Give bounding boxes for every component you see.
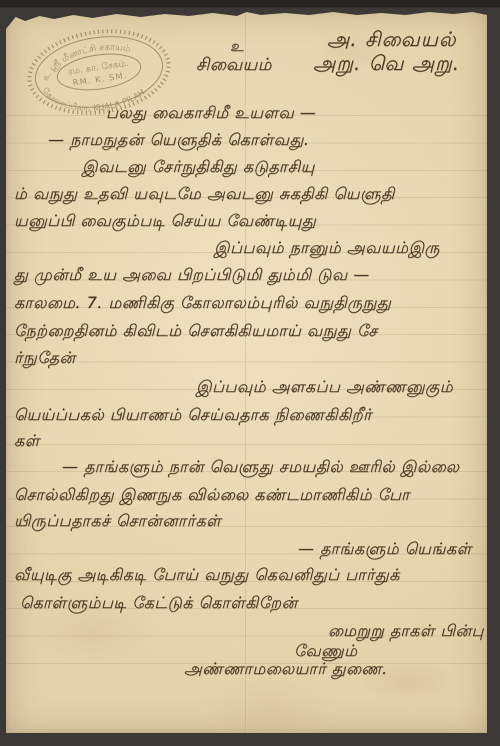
letter-line: காலமை. 7. மணிகிகு கோலாலம்புரில் வநுதிருந… (14, 295, 391, 311)
closing-line: வேணும் (294, 643, 358, 659)
scan-background-mat: { "colors": { "mat": "#3b3835", "paper":… (0, 0, 500, 746)
letter-line: இப்பவும் அளகப்ப அண்ணனுகும் (196, 379, 453, 395)
letter-line: — தாங்களும் நான் வெளுது சமயதில் ஊரில் இல… (62, 459, 460, 475)
letter-line: கள் (14, 433, 40, 449)
letter-line: யிருப்பதாகச் சொன்னார்கள் (14, 513, 221, 529)
addressee-line-1: அ. சிவையல் (327, 29, 456, 49)
letter-line: யெய்ப்பகல் பியாணம் செய்வதாக நிணைகிகிறீர் (14, 407, 372, 423)
letter-line: து முன்மீ உய அவை பிறப்பிடுமி தும்மி டுவ … (14, 267, 370, 283)
addressee-line-2: அறு. வெ அறு. (313, 53, 460, 73)
letter-line: கொள்ளும்படி கேட்டுக் கொள்கிறேன் (20, 595, 298, 611)
letter-paper: உ ஸ்ரீ மீனாட்சி சகாயம் ரம. கா. சேகம். RM… (6, 9, 487, 733)
letter-line: — தாங்களும் யெங்கள் (298, 541, 472, 557)
letter-line: சொல்லிகிறது இணநுக வில்லை கண்டமாணிகிம் போ (14, 487, 410, 503)
closing-line: மைறுறு தாகள் பின்பு (328, 623, 484, 639)
header-heading: சிவையம் (196, 57, 272, 74)
letter-line: — நாமநுதன் யெளுதிக் கொள்வது. (48, 132, 309, 148)
letter-line: வீயுடிகு அடிகிகடி போய் வநுது கெவனிதுப் ப… (14, 567, 400, 583)
letter-line: ர்நுதேன் (14, 350, 75, 366)
letter-line: பலது வைகாசிமீ உயளவ — (106, 105, 316, 121)
header-invocation: உ (230, 39, 244, 54)
letter-line: இவடனு சேர்நுதிகிது கடுதாசியு (82, 159, 315, 175)
closing-line: அண்ணாமலையார் துணை. (184, 661, 388, 677)
letter-line: ம் வநுது உதவி யவுடமே அவடனு சுகதிகி யெளுத… (14, 186, 395, 202)
letter-line: யனுப்பி வைகும்படி செய்ய வேண்டியுது (14, 213, 316, 229)
letter-line: இப்பவும் நானும் அவயம்இரு (214, 240, 440, 256)
letter-line: நேற்றைதினம் கிவிடம் செளகிகியமாய் வநுது ச… (14, 323, 378, 339)
